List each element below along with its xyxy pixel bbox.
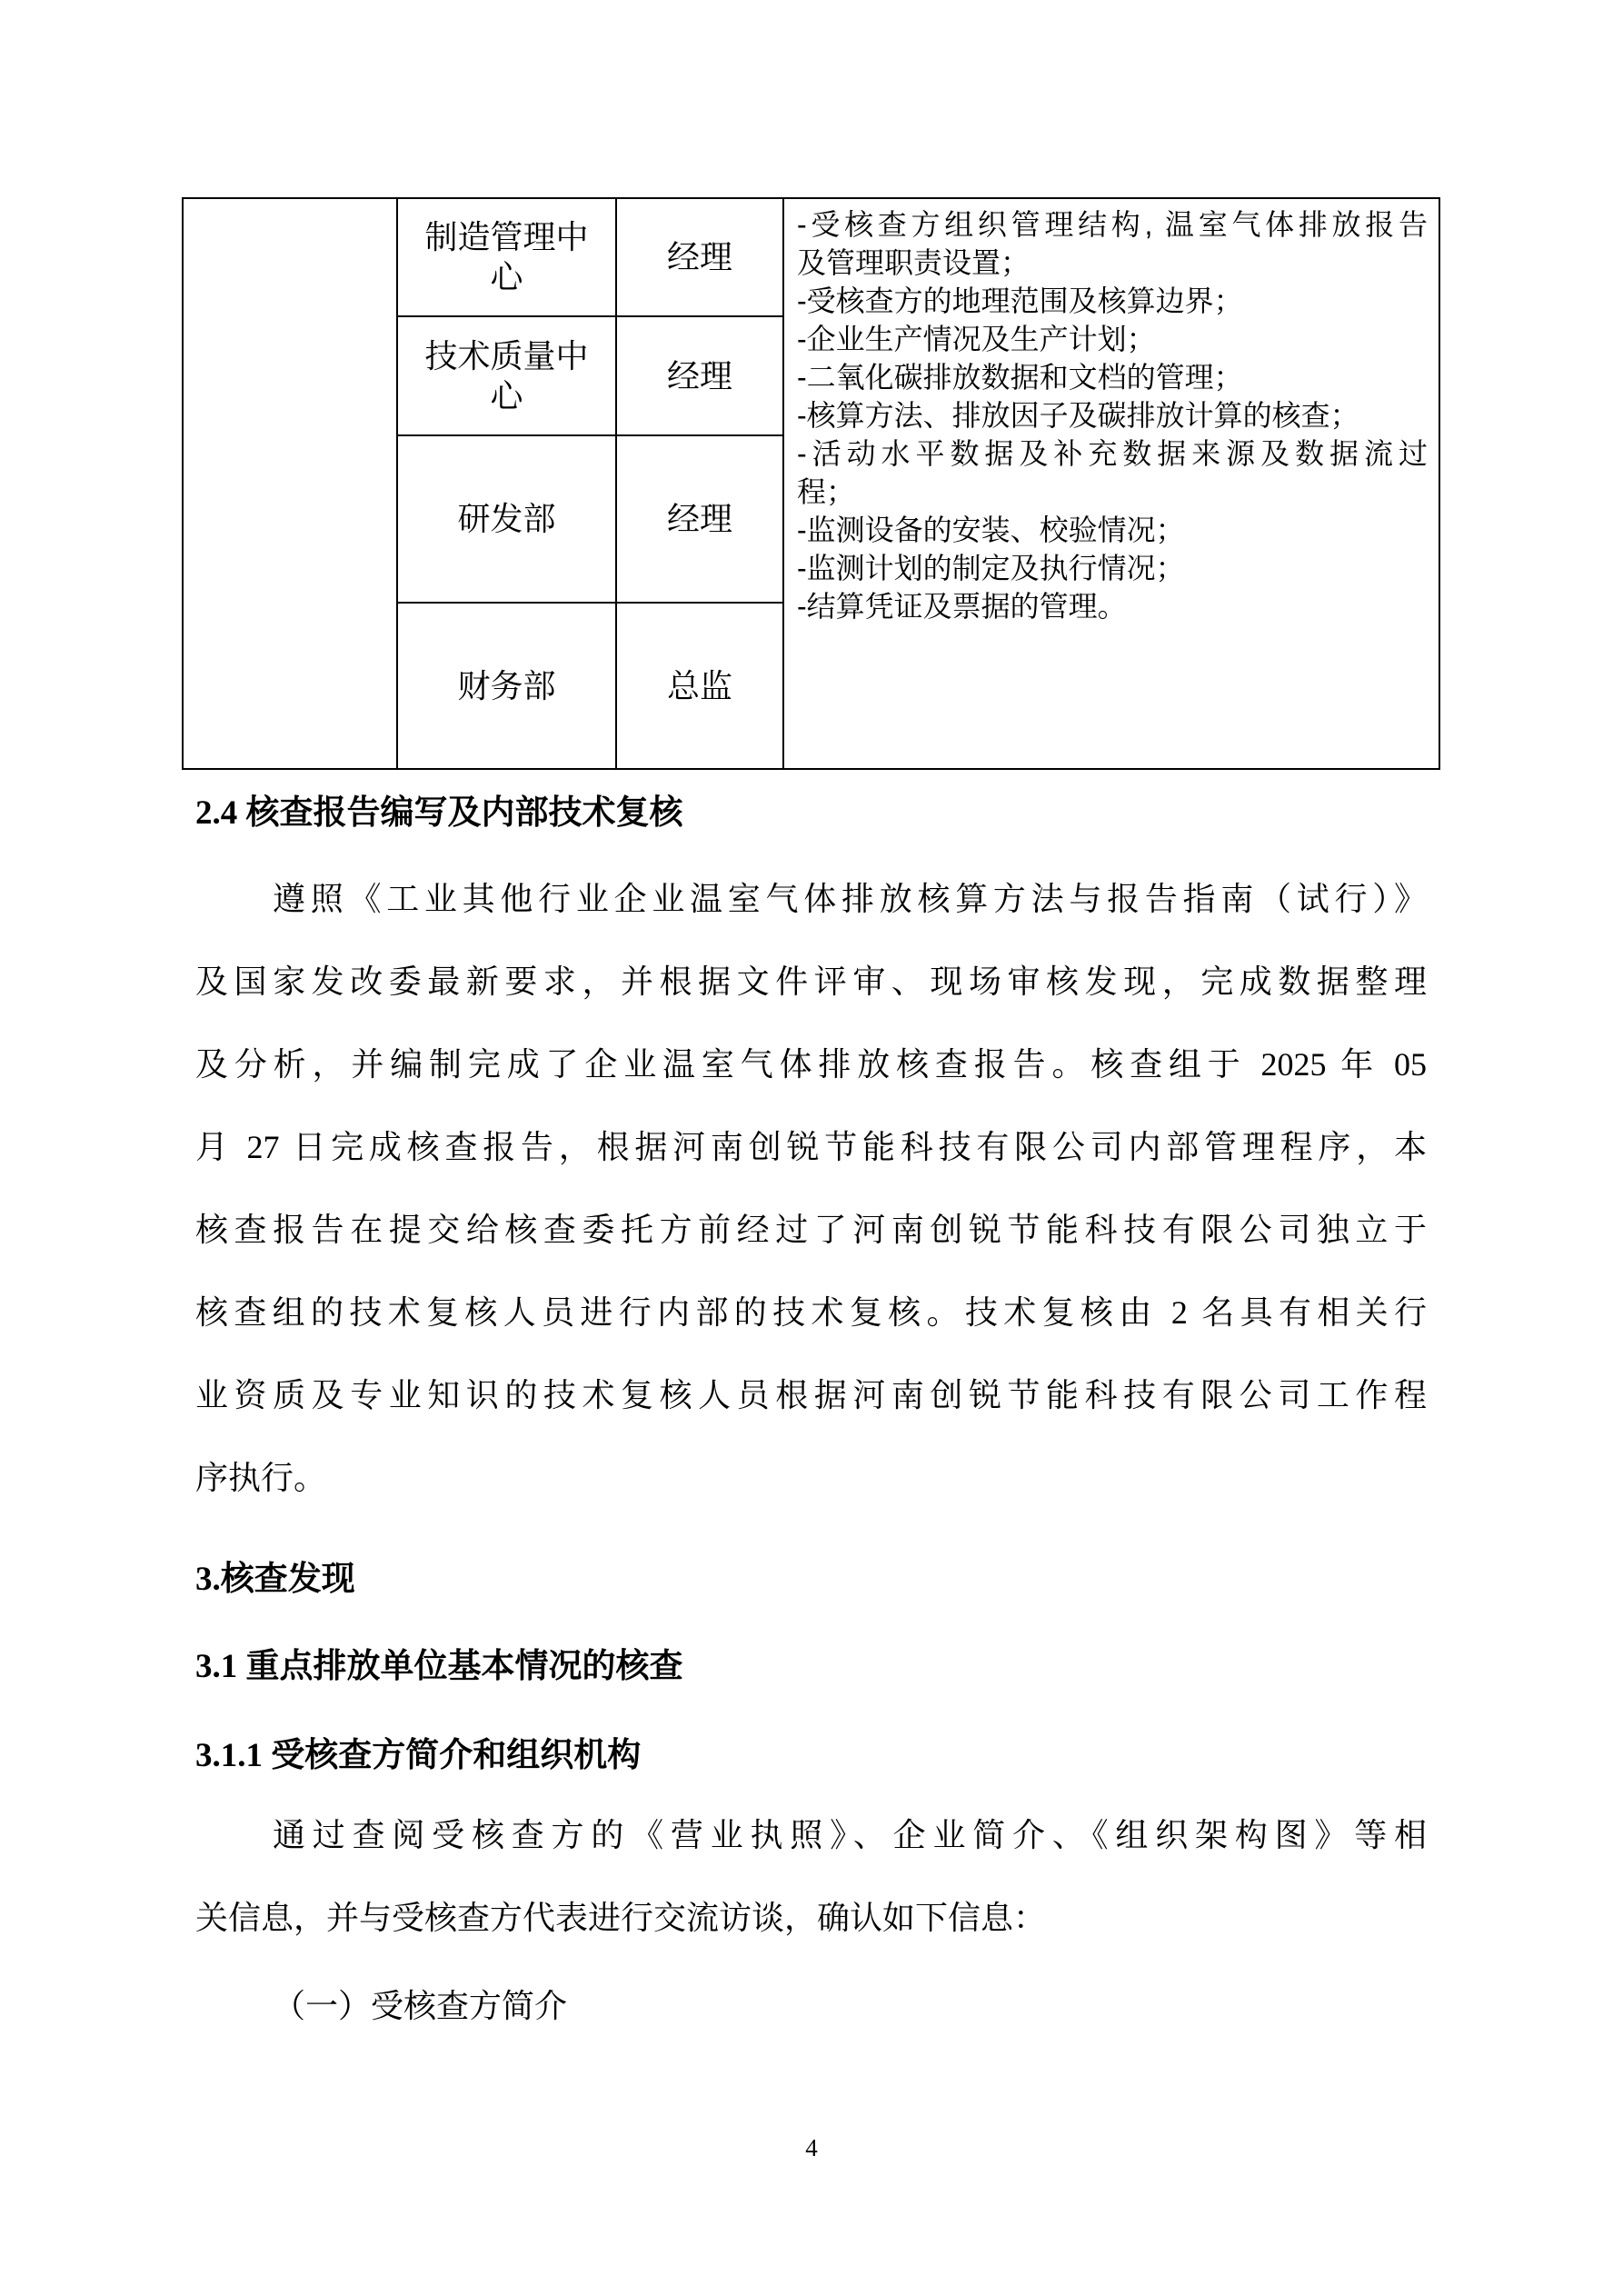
position-label: 经理 [667, 499, 732, 539]
document-page: 制造管理中心 经理 技术质量中心 经理 研发部 经理 财务部 总监 -受核查方组… [0, 0, 1623, 2296]
scope-line: 程； [797, 473, 1428, 511]
department-cell: 研发部 [398, 436, 617, 604]
paragraph-line: 及分析，并编制完成了企业温室气体排放核查报告。核查组于 2025 年 05 [195, 1023, 1427, 1106]
department-label: 研发部 [457, 499, 555, 539]
paragraph-line: 及国家发改委最新要求，并根据文件评审、现场审核发现，完成数据整理 [195, 941, 1427, 1023]
paragraph-company-review: 通过查阅受核查方的《营业执照》、企业简介、《组织架构图》等相 关信息，并与受核查… [195, 1794, 1427, 1960]
list-item-company-profile: （一）受核查方简介 [195, 1965, 1427, 2048]
department-label: 制造管理中心 [411, 217, 602, 297]
scope-line: -受核查方的地理范围及核算边界； [797, 282, 1428, 320]
department-label: 财务部 [457, 666, 555, 706]
verification-scope-cell: -受核查方组织管理结构, 温室气体排放报告 及管理职责设置； -受核查方的地理范… [784, 199, 1439, 768]
position-cell: 总监 [617, 604, 784, 768]
paragraph-report-compilation: 遵照《工业其他行业企业温室气体排放核算方法与报告指南（试行）》 及国家发改委最新… [195, 858, 1427, 1520]
position-cell: 经理 [617, 199, 784, 317]
department-cell: 制造管理中心 [398, 199, 617, 317]
department-cell: 技术质量中心 [398, 317, 617, 436]
paragraph-line: 月 27 日完成核查报告，根据河南创锐节能科技有限公司内部管理程序，本 [195, 1106, 1427, 1189]
section-heading-2-4: 2.4 核查报告编写及内部技术复核 [195, 793, 1427, 834]
position-cell: 经理 [617, 436, 784, 604]
scope-line: 及管理职责设置； [797, 244, 1428, 282]
paragraph-line: 核查组的技术复核人员进行内部的技术复核。技术复核由 2 名具有相关行 [195, 1272, 1427, 1354]
position-label: 总监 [667, 666, 732, 706]
paragraph-line: 业资质及专业知识的技术复核人员根据河南创锐节能科技有限公司工作程 [195, 1354, 1427, 1437]
position-label: 经理 [667, 237, 732, 277]
paragraph-line: 遵照《工业其他行业企业温室气体排放核算方法与报告指南（试行）》 [195, 858, 1427, 941]
scope-line: -监测计划的制定及执行情况； [797, 549, 1428, 587]
scope-line: -活动水平数据及补充数据来源及数据流过 [797, 434, 1428, 473]
department-label: 技术质量中心 [411, 336, 602, 416]
scope-line: -监测设备的安装、校验情况； [797, 511, 1428, 549]
scope-line: -核算方法、排放因子及碳排放计算的核查； [797, 396, 1428, 434]
page-number: 4 [0, 2132, 1623, 2163]
section-heading-3-1: 3.1 重点排放单位基本情况的核查 [195, 1646, 1427, 1688]
scope-line: -结算凭证及票据的管理。 [797, 587, 1428, 625]
org-verification-table: 制造管理中心 经理 技术质量中心 经理 研发部 经理 财务部 总监 -受核查方组… [182, 197, 1440, 770]
position-cell: 经理 [617, 317, 784, 436]
table-empty-spanning-cell [184, 199, 398, 768]
department-cell: 财务部 [398, 604, 617, 768]
paragraph-line: 序执行。 [195, 1437, 1427, 1520]
paragraph-line: 关信息，并与受核查方代表进行交流访谈，确认如下信息： [195, 1877, 1427, 1960]
paragraph-line: 核查报告在提交给核查委托方前经过了河南创锐节能科技有限公司独立于 [195, 1189, 1427, 1272]
section-heading-3-1-1: 3.1.1 受核查方简介和组织机构 [195, 1735, 1427, 1777]
scope-line: -企业生产情况及生产计划； [797, 320, 1428, 358]
section-heading-3: 3.核查发现 [195, 1559, 1427, 1601]
paragraph-line: 通过查阅受核查方的《营业执照》、企业简介、《组织架构图》等相 [195, 1794, 1427, 1877]
scope-line: -受核查方组织管理结构, 温室气体排放报告 [797, 205, 1428, 244]
position-label: 经理 [667, 356, 732, 396]
scope-line: -二氧化碳排放数据和文档的管理； [797, 358, 1428, 396]
